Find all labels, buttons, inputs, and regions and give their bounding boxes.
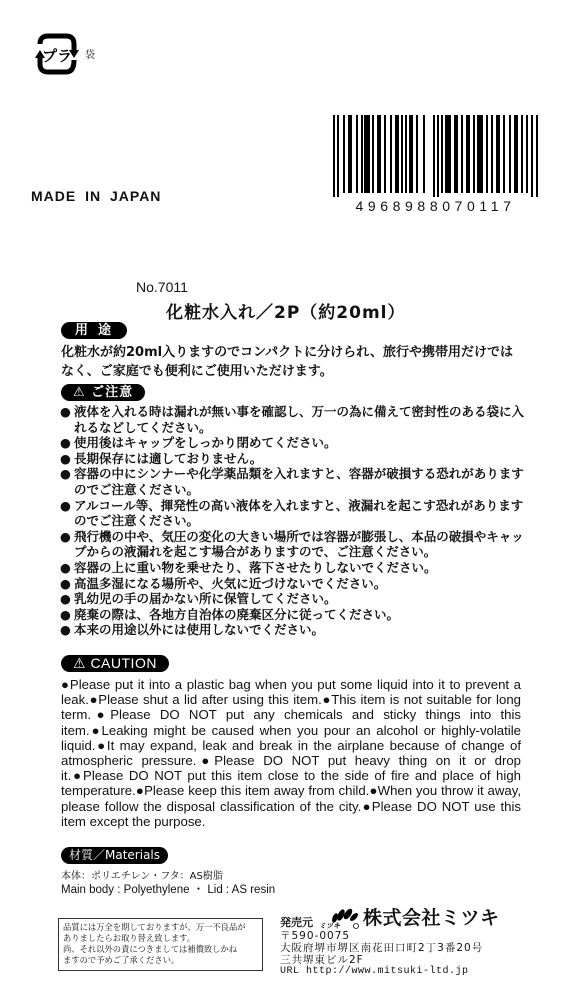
notice-list: 液体を入れる時は漏れが無い事を確認し、万一の為に備えて密封性のある袋に入れるなど…	[60, 404, 530, 638]
notice-item: 液体を入れる時は漏れが無い事を確認し、万一の為に備えて密封性のある袋に入れるなど…	[60, 404, 530, 435]
svg-text:ミツキ: ミツキ	[319, 922, 341, 930]
pla-recycle-icon: プラ	[32, 30, 80, 78]
barcode-number: 4968988070117	[333, 198, 538, 214]
caution-heading: ⚠ CAUTION	[61, 655, 169, 672]
disclaimer-line: 尚、それ以外の責につきましては補償致しかね	[63, 944, 258, 955]
disclaimer-line: ありましたらお取り替え致します。	[63, 933, 258, 944]
seller-label: 発売元	[280, 914, 313, 930]
notice-heading: ⚠ ご注意	[61, 384, 145, 401]
materials-jp: 本体：ポリエチレン・フタ：AS樹脂	[61, 867, 223, 882]
address-line-1: 大阪府堺市堺区南花田口町2丁3番20号	[280, 942, 550, 954]
notice-item: 飛行機の中や、気圧の変化の大きい場所では容器が膨張し、本品の破損やキャップからの…	[60, 529, 530, 560]
seller-info: 発売元 ミツキ 株式会社ミツキ 〒590-0075 大阪府堺市堺区南花田口町2丁…	[280, 903, 550, 978]
usage-text: 化粧水が約20ml入りますのでコンパクトに分けられ、旅行や携帯用だけではなく、ご…	[61, 343, 521, 381]
notice-item: 容器の中にシンナーや化学薬品類を入れますと、容器が破損する恐れがありますのでご注…	[60, 466, 530, 497]
materials-en: Main body : Polyethylene ・ Lid : AS resi…	[61, 881, 275, 897]
notice-item: 本来の用途以外には使用しないでください。	[60, 622, 530, 638]
notice-item: 乳幼児の手の届かない所に保管してください。	[60, 591, 530, 607]
recycle-label: 袋	[85, 46, 95, 61]
company-name: 株式会社ミツキ	[363, 903, 500, 930]
disclaimer-line: 品質には万全を期しておりますが、万一不良品が	[63, 922, 258, 933]
svg-text:プラ: プラ	[42, 47, 72, 65]
product-number: No.7011	[136, 279, 188, 295]
postal-code: 〒590-0075	[280, 930, 550, 942]
notice-item: アルコール等、揮発性の高い液体を入れますと、液漏れを起こす恐れがありますのでご注…	[60, 498, 530, 529]
address-line-2: 三共堺東ビル2F	[280, 954, 550, 966]
disclaimer-line: ますので予めご了承ください。	[63, 955, 258, 966]
made-in-label: MADE IN JAPAN	[31, 188, 161, 204]
notice-item: 長期保存には適しておりません。	[60, 451, 530, 467]
notice-item: 高温多湿になる場所や、火気に近づけないでください。	[60, 576, 530, 592]
notice-item: 使用後はキャップをしっかり閉めてください。	[60, 435, 530, 451]
notice-item: 容器の上に重い物を乗せたり、落下させたりしないでください。	[60, 560, 530, 576]
mitsuki-logo-icon: ミツキ	[317, 908, 359, 930]
disclaimer-box: 品質には万全を期しておりますが、万一不良品が ありましたらお取り替え致します。 …	[58, 918, 263, 971]
product-title: 化粧水入れ／2P（約20ml）	[166, 298, 406, 323]
barcode	[333, 115, 538, 197]
materials-heading: 材質／Materials	[61, 847, 168, 864]
notice-item: 廃棄の際は、各地方自治体の廃棄区分に従ってください。	[60, 607, 530, 623]
caution-text: ●Please put it into a plastic bag when y…	[61, 677, 521, 829]
company-url: URL http://www.mitsuki-ltd.jp	[280, 966, 550, 978]
usage-heading: 用途	[61, 322, 127, 339]
